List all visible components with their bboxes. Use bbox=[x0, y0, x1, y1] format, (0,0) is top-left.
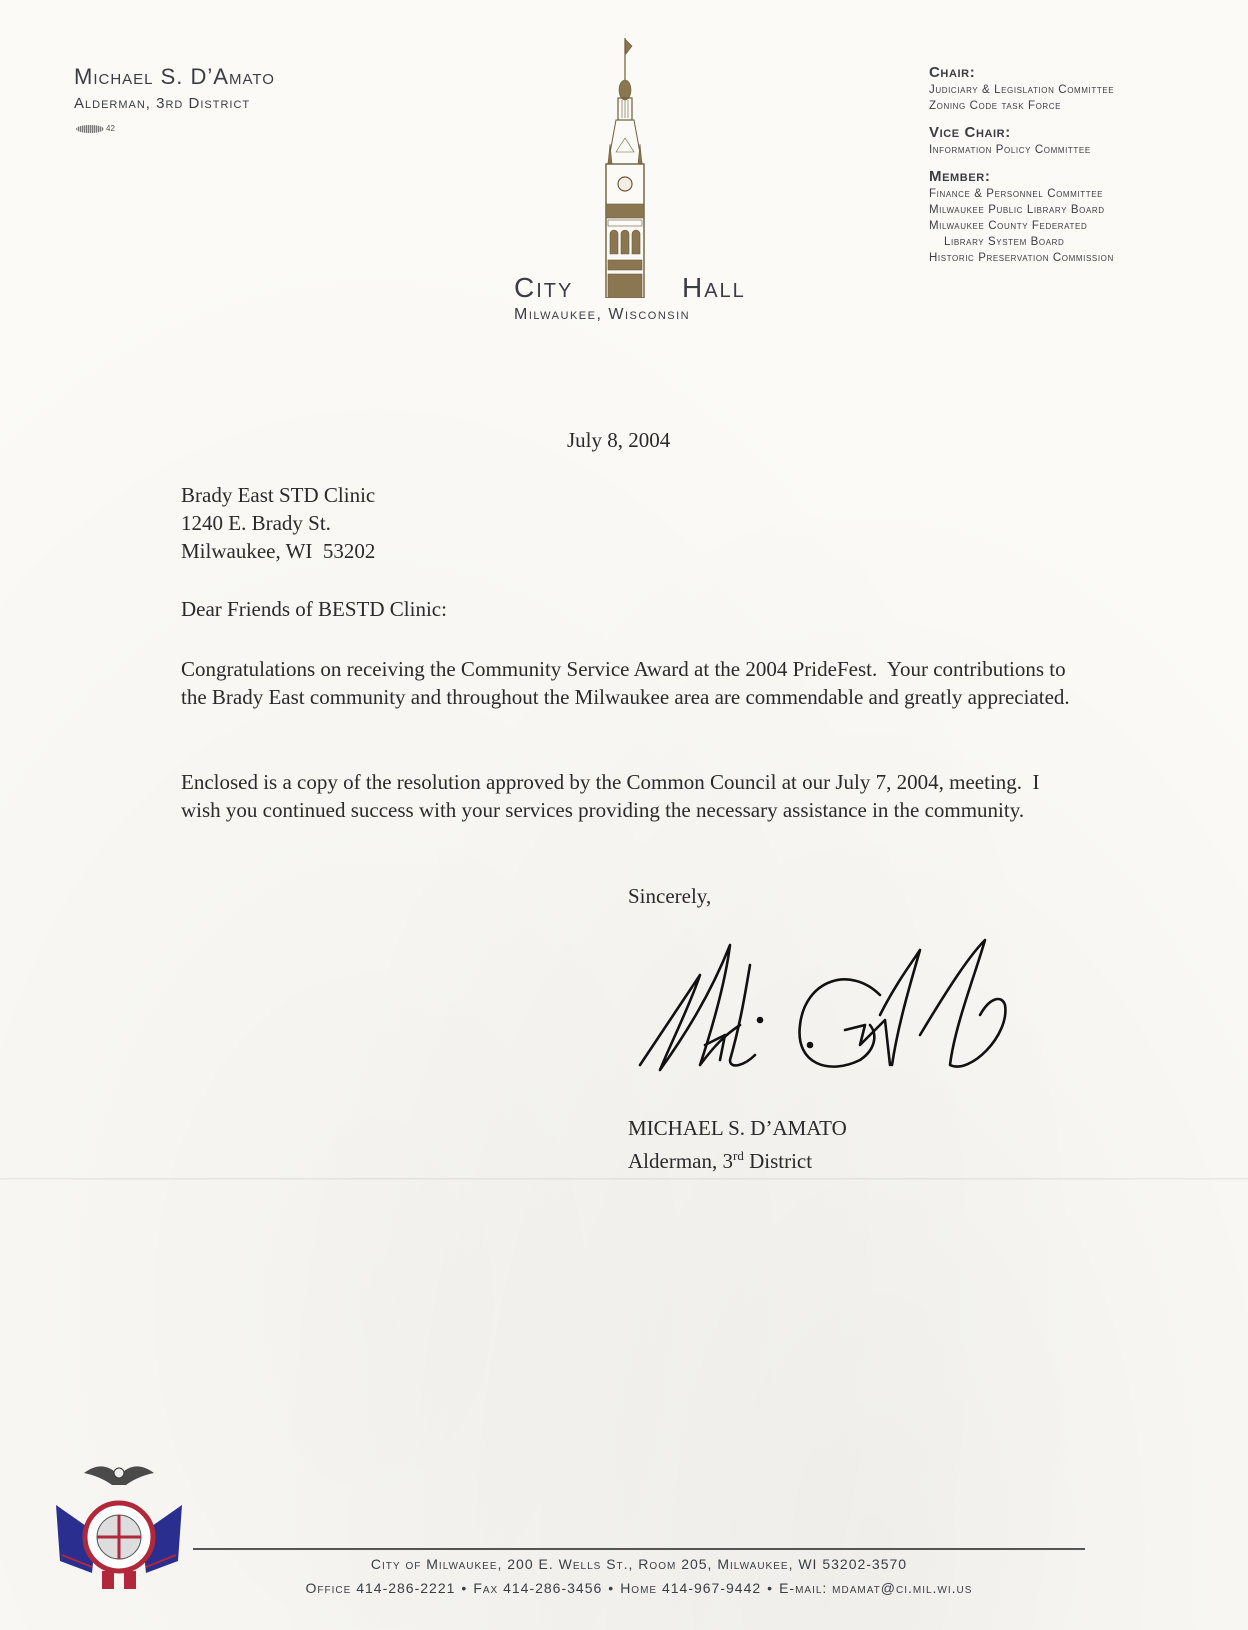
body-paragraph: Congratulations on receiving the Communi… bbox=[181, 655, 1081, 711]
city-hall-tower-icon bbox=[580, 34, 670, 298]
footer-address: City of Milwaukee, 200 E. Wells St., Roo… bbox=[193, 1556, 1085, 1572]
committee-item: Library System Board bbox=[929, 234, 1114, 250]
footer-home-phone: Home 414-967-9442 bbox=[620, 1580, 761, 1596]
union-bug-icon: 42 bbox=[76, 124, 115, 133]
recipient-line: Brady East STD Clinic bbox=[181, 481, 375, 509]
footer-separator: • bbox=[608, 1580, 614, 1596]
logo-word-hall: Hall bbox=[682, 272, 746, 304]
body-paragraph: Enclosed is a copy of the resolution app… bbox=[181, 768, 1081, 824]
letter-date: July 8, 2004 bbox=[567, 426, 670, 454]
committee-heading: Vice Chair: bbox=[929, 124, 1114, 142]
union-bug-number: 42 bbox=[106, 124, 115, 133]
committee-item: Milwaukee County Federated bbox=[929, 218, 1114, 234]
salutation: Dear Friends of BESTD Clinic: bbox=[181, 595, 447, 623]
letterhead-title: Alderman, 3rd District bbox=[74, 95, 250, 112]
footer-fax: Fax 414-286-3456 bbox=[473, 1580, 602, 1596]
committee-group-member: Member: Finance & Personnel Committee Mi… bbox=[929, 168, 1114, 266]
signer-title: Alderman, 3rd District bbox=[628, 1142, 812, 1175]
committee-group-vice-chair: Vice Chair: Information Policy Committee bbox=[929, 124, 1114, 158]
recipient-line: 1240 E. Brady St. bbox=[181, 509, 375, 537]
committee-item: Milwaukee Public Library Board bbox=[929, 202, 1114, 218]
signer-title-text: District bbox=[744, 1149, 812, 1173]
closing: Sincerely, bbox=[628, 882, 711, 910]
footer-office-phone: Office 414-286-2221 bbox=[306, 1580, 456, 1596]
committee-group-chair: Chair: Judiciary & Legislation Committee… bbox=[929, 64, 1114, 114]
footer-separator: • bbox=[767, 1580, 773, 1596]
committee-heading: Chair: bbox=[929, 64, 1114, 82]
signer-title-ordinal: rd bbox=[733, 1148, 744, 1163]
committee-list: Chair: Judiciary & Legislation Committee… bbox=[929, 64, 1114, 276]
city-of-milwaukee-seal-icon bbox=[48, 1455, 190, 1595]
recipient-line: Milwaukee, WI 53202 bbox=[181, 537, 375, 565]
footer-rule bbox=[193, 1548, 1085, 1550]
letterhead-name: Michael S. D’Amato bbox=[74, 64, 275, 90]
committee-item: Historic Preservation Commission bbox=[929, 250, 1114, 266]
recipient-address: Brady East STD Clinic 1240 E. Brady St. … bbox=[181, 481, 375, 565]
signer-title-text: Alderman, 3 bbox=[628, 1149, 733, 1173]
committee-item: Finance & Personnel Committee bbox=[929, 186, 1114, 202]
handwritten-signature-icon bbox=[630, 925, 1020, 1095]
committee-heading: Member: bbox=[929, 168, 1114, 186]
committee-item: Information Policy Committee bbox=[929, 142, 1114, 158]
logo-subtitle: Milwaukee, Wisconsin bbox=[514, 306, 690, 324]
committee-item: Zoning Code task Force bbox=[929, 98, 1114, 114]
committee-item: Judiciary & Legislation Committee bbox=[929, 82, 1114, 98]
footer-email[interactable]: E-mail: mdamat@ci.mil.wi.us bbox=[779, 1580, 972, 1596]
footer-separator: • bbox=[461, 1580, 467, 1596]
logo-word-city: City bbox=[514, 272, 573, 304]
signer-name: MICHAEL S. D’AMATO bbox=[628, 1114, 847, 1142]
footer-contacts: Office 414-286-2221•Fax 414-286-3456•Hom… bbox=[193, 1580, 1085, 1596]
paper-fold-line bbox=[0, 1178, 1248, 1180]
